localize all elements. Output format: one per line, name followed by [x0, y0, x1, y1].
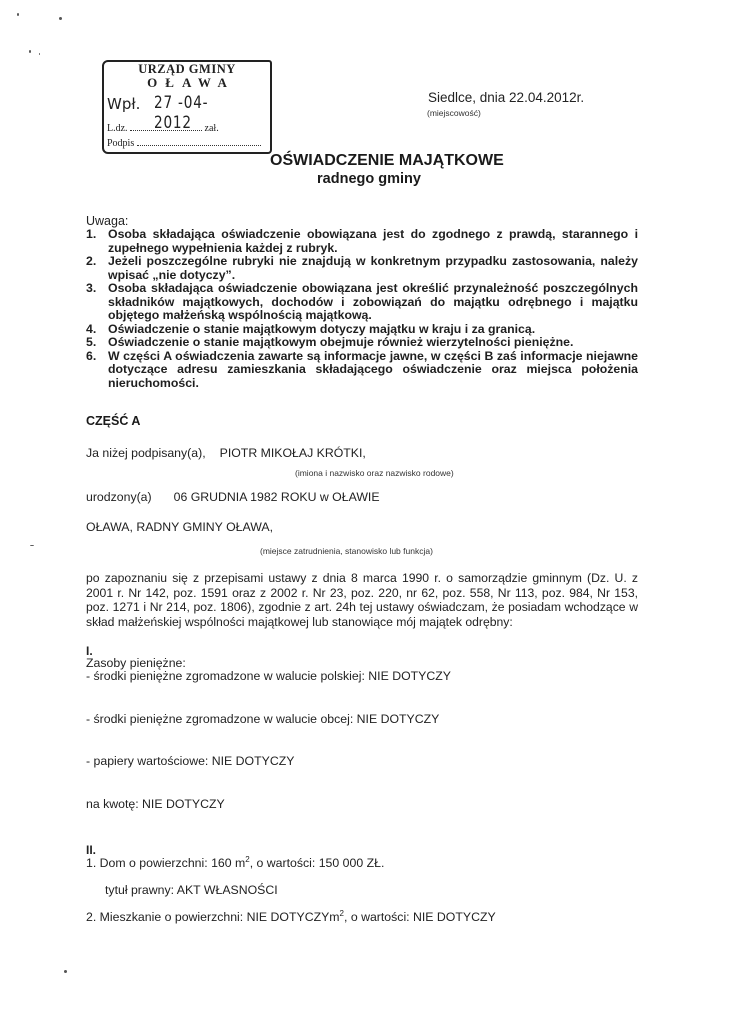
dotted-line [137, 137, 261, 146]
house-value: , o wartości: 150 000 ZŁ. [250, 856, 385, 870]
stamp-signature-row: Podpis [107, 137, 261, 149]
document-subtitle: radnego gminy [0, 171, 730, 187]
note-item: 5.Oświadczenie o stanie majątkowym obejm… [86, 336, 638, 350]
foreign-funds-line: - środki pieniężne zgromadzone w walucie… [86, 712, 439, 726]
note-item: 1.Osoba składająca oświadczenie obowiąza… [86, 228, 638, 255]
flat-text: 2. Mieszkanie o powierzchni: NIE DOTYCZY… [86, 910, 340, 924]
name-caption: (imiona i nazwisko oraz nazwisko rodowe) [295, 468, 454, 478]
born-row: urodzony(a)06 GRUDNIA 1982 ROKU w OŁAWIE [86, 490, 380, 504]
note-text: Oświadczenie o stanie majątkowym dotyczy… [108, 322, 535, 336]
scan-speck [59, 17, 62, 20]
stamp-received-label: Wpł. [107, 95, 140, 113]
note-number: 6. [86, 350, 96, 364]
legal-title-line: tytuł prawny: AKT WŁASNOŚCI [105, 883, 278, 897]
born-label: urodzony(a) [86, 490, 152, 504]
employment-row: OŁAWA, RADNY GMINY OŁAWA, [86, 520, 273, 534]
employment-caption: (miejsce zatrudnienia, stanowisko lub fu… [260, 546, 433, 556]
securities-line: - papiery wartościowe: NIE DOTYCZY [86, 754, 294, 768]
note-number: 2. [86, 255, 96, 269]
notes-list: 1.Osoba składająca oświadczenie obowiąza… [86, 228, 638, 390]
notes-label: Uwaga: [86, 214, 128, 228]
part-a-heading: CZĘŚĆ A [86, 414, 140, 428]
stamp-ldz-label: L.dz. [107, 123, 128, 134]
note-text: Osoba składająca oświadczenie obowiązana… [108, 281, 638, 322]
signed-value: PIOTR MIKOŁAJ KRÓTKI, [220, 446, 366, 460]
signed-row: Ja niżej podpisany(a),PIOTR MIKOŁAJ KRÓT… [86, 446, 366, 460]
section-2-number: II. [86, 843, 96, 857]
place-date: Siedlce, dnia 22.04.2012r. [428, 90, 584, 105]
place-caption: (miejscowość) [427, 108, 481, 118]
employment-value: OŁAWA, RADNY GMINY OŁAWA, [86, 520, 273, 534]
note-text: W części A oświadczenia zawarte są infor… [108, 349, 638, 390]
house-text: 1. Dom o powierzchni: 160 m [86, 856, 245, 870]
note-text: Jeżeli poszczególne rubryki nie znajdują… [108, 254, 638, 282]
stamp-podpis-label: Podpis [107, 138, 134, 149]
note-number: 1. [86, 228, 96, 242]
amount-line: na kwotę: NIE DOTYCZY [86, 797, 225, 811]
stamp-ldz-row: L.dz. zał. [107, 122, 219, 134]
flat-value: , o wartości: NIE DOTYCZY [344, 910, 496, 924]
note-number: 3. [86, 282, 96, 296]
scan-speck [39, 53, 40, 55]
note-number: 4. [86, 323, 96, 337]
scan-speck [29, 50, 31, 53]
note-item: 4.Oświadczenie o stanie majątkowym dotyc… [86, 323, 638, 337]
note-number: 5. [86, 336, 96, 350]
section-1-title: Zasoby pieniężne: [86, 656, 186, 670]
stamp-zal-label: zał. [205, 123, 219, 134]
dotted-line [130, 122, 202, 131]
note-item: 6.W części A oświadczenia zawarte są inf… [86, 350, 638, 391]
signed-label: Ja niżej podpisany(a), [86, 446, 206, 460]
scan-speck [64, 970, 67, 973]
document-title: OŚWIADCZENIE MAJĄTKOWE [270, 152, 504, 170]
registry-stamp: URZĄD GMINY OŁAWA Wpł. 27 -04- 2012 L.dz… [102, 60, 272, 154]
statement-paragraph: po zapoznaniu się z przepisami ustawy z … [86, 571, 638, 629]
stamp-town: OŁAWA [104, 75, 270, 91]
scan-speck [17, 13, 19, 16]
scan-speck [30, 545, 34, 546]
flat-line: 2. Mieszkanie o powierzchni: NIE DOTYCZY… [86, 910, 496, 924]
note-text: Oświadczenie o stanie majątkowym obejmuj… [108, 335, 573, 349]
note-item: 3.Osoba składająca oświadczenie obowiąza… [86, 282, 638, 323]
born-value: 06 GRUDNIA 1982 ROKU w OŁAWIE [174, 490, 380, 504]
pln-funds-line: - środki pieniężne zgromadzone w walucie… [86, 669, 451, 683]
note-item: 2.Jeżeli poszczególne rubryki nie znajdu… [86, 255, 638, 282]
house-line: 1. Dom o powierzchni: 160 m2, o wartości… [86, 856, 384, 870]
note-text: Osoba składająca oświadczenie obowiązana… [108, 227, 638, 255]
